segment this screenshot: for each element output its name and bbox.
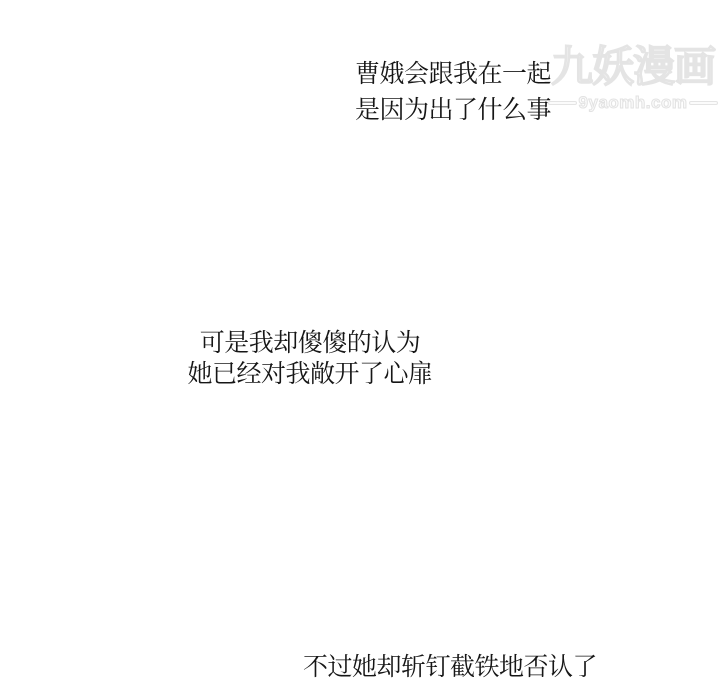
narration-line: 她已经对我敞开了心扉 xyxy=(160,359,460,390)
narration-block-top: 曹娥会跟我在一起 是因为出了什么事 xyxy=(303,56,603,128)
narration-line: 曹娥会跟我在一起 xyxy=(303,56,603,92)
narration-block-middle: 可是我却傻傻的认为 她已经对我敞开了心扉 xyxy=(160,328,460,390)
watermark-dash-right xyxy=(689,101,718,105)
comic-page: 九妖漫画 9yaomh.com 曹娥会跟我在一起 是因为出了什么事 可是我却傻傻… xyxy=(0,0,720,700)
narration-line: 可是我却傻傻的认为 xyxy=(160,328,460,359)
narration-block-bottom: 不过她却斩钉截铁地否认了 xyxy=(300,650,600,684)
narration-line: 不过她却斩钉截铁地否认了 xyxy=(300,650,600,684)
narration-line: 是因为出了什么事 xyxy=(303,92,603,128)
